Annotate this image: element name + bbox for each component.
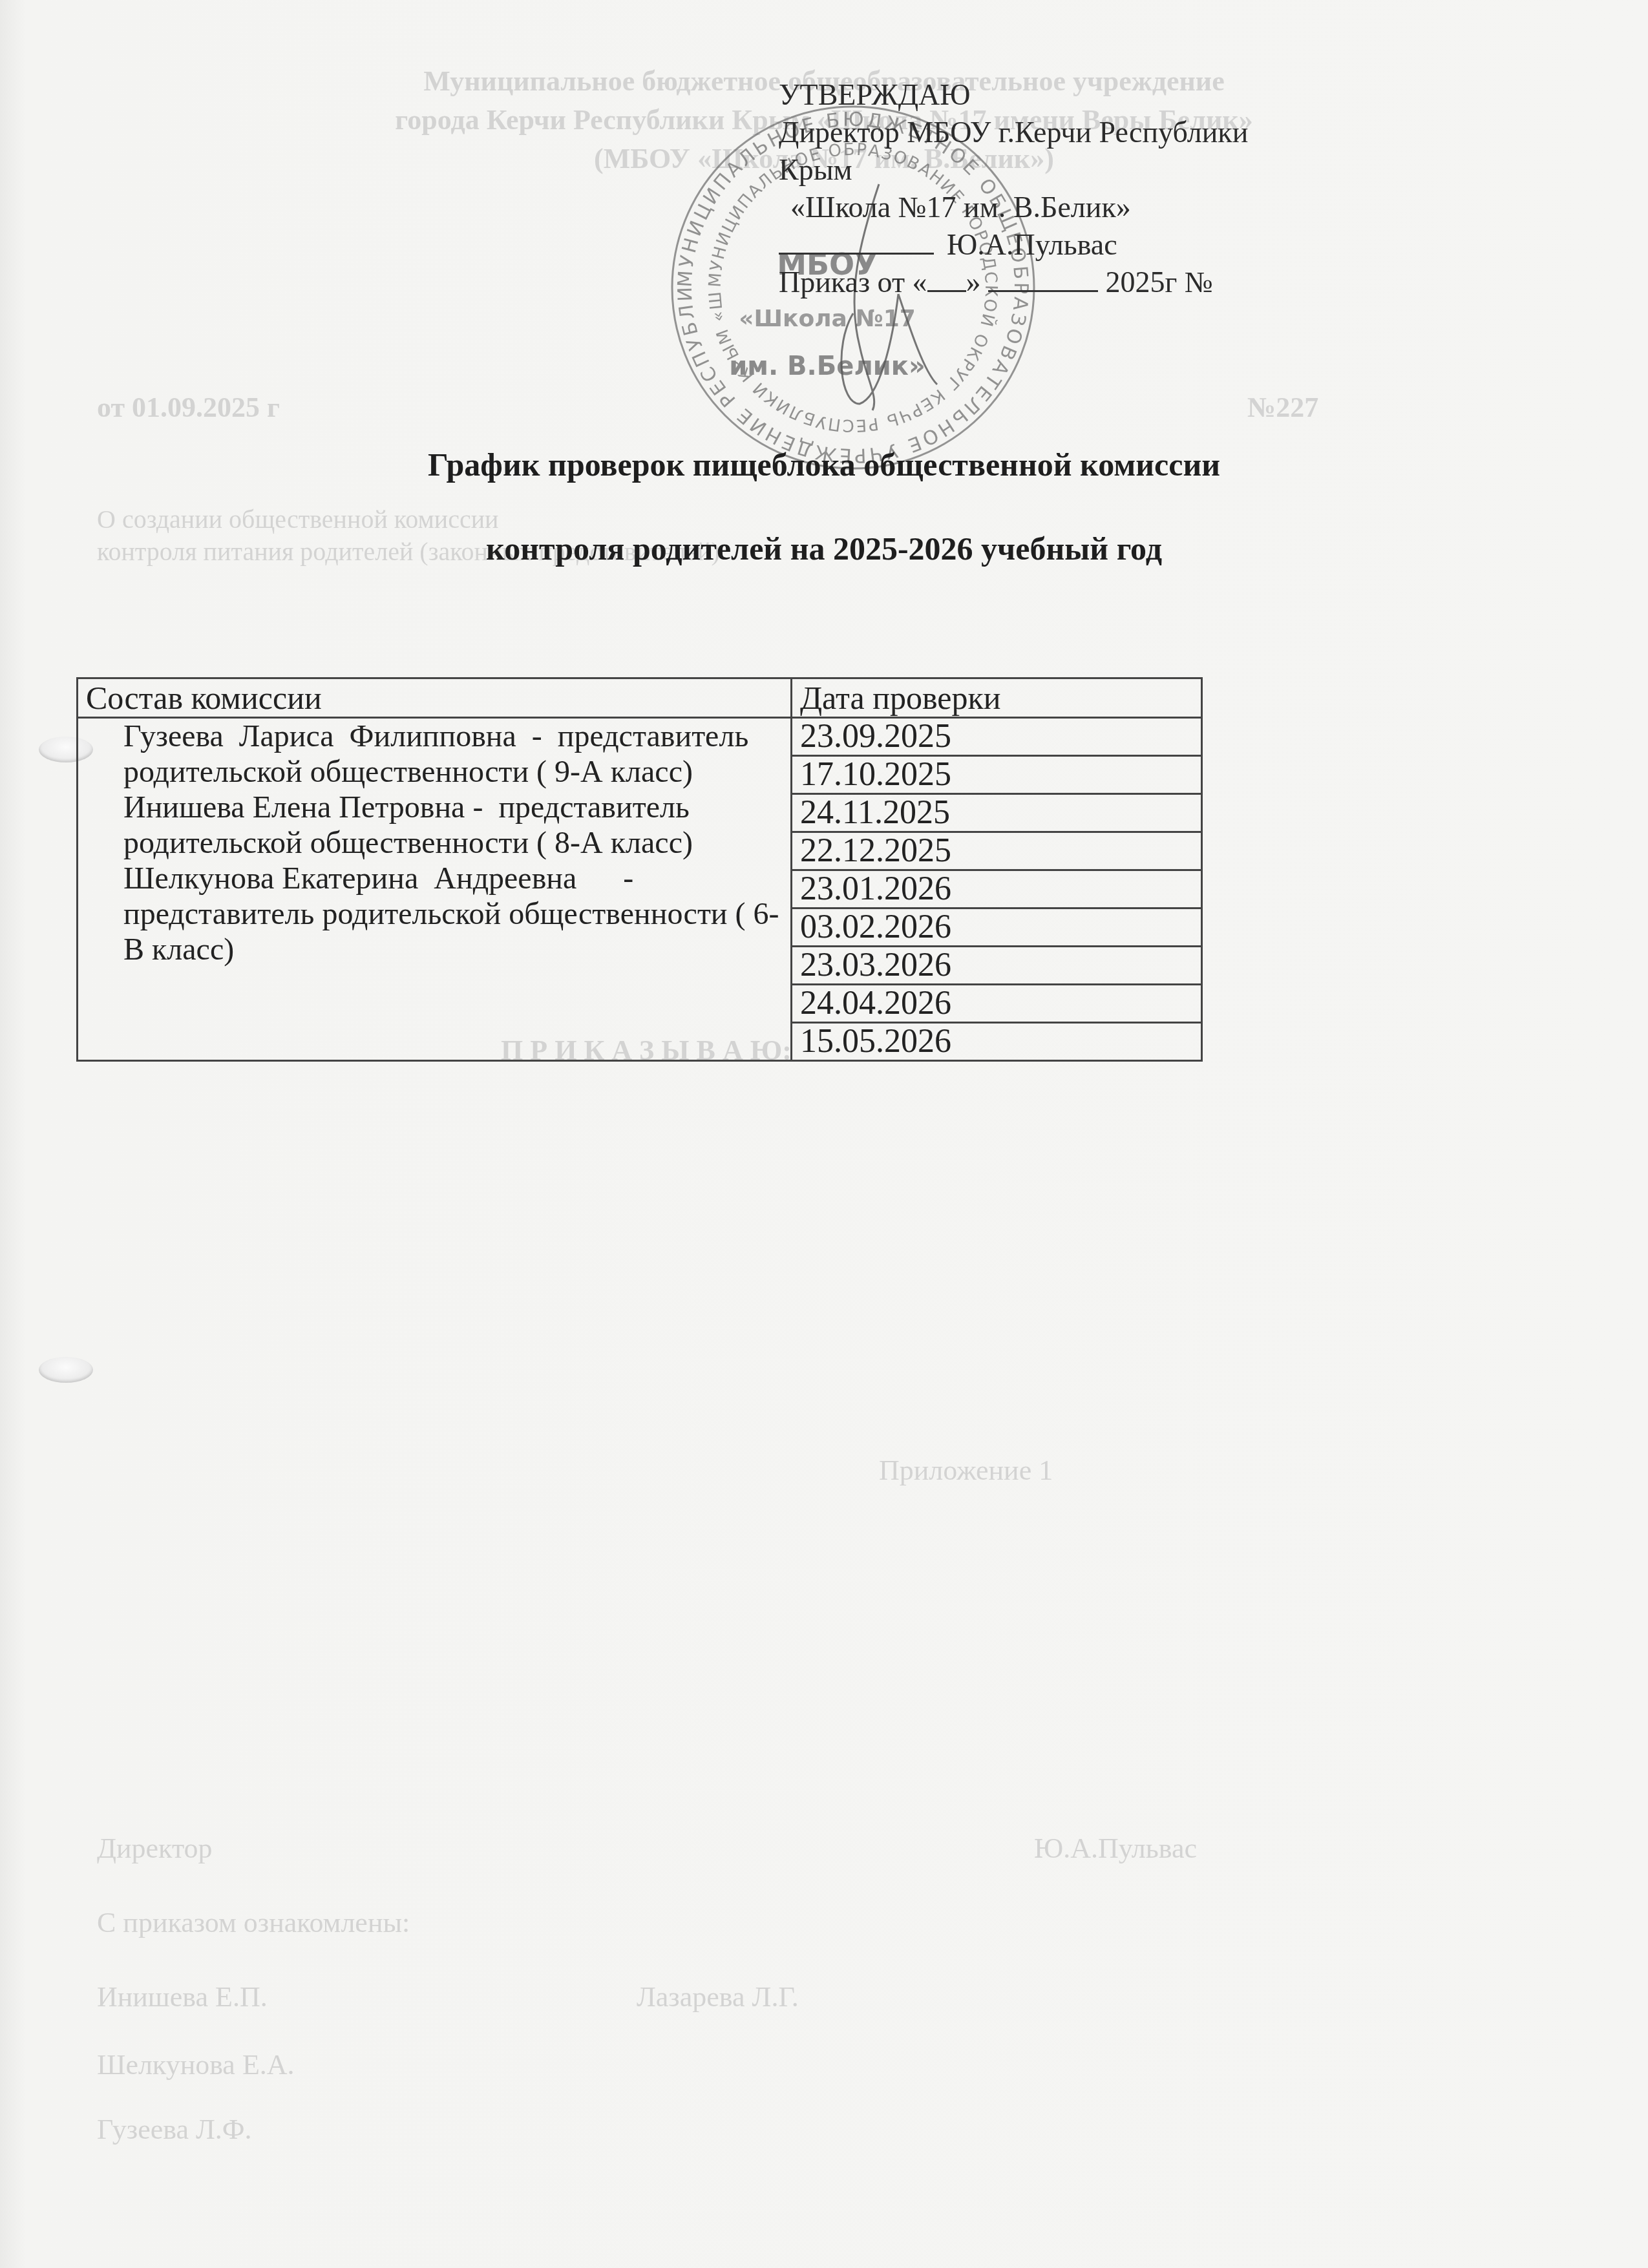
approval-position-line-1: Директор МБОУ г.Керчи Республики [779, 114, 1248, 151]
header-date: Дата проверки [792, 678, 1202, 718]
commission-members-cell: Гузеева Лариса Филипповна - представител… [78, 718, 792, 1061]
date-cell: 15.05.2026 [792, 1023, 1202, 1061]
approval-order-row: Приказ от «» 2025г № [779, 264, 1248, 301]
document-title-line-2: контроля родителей на 2025-2026 учебный … [0, 530, 1648, 567]
member-guzeeva: Гузеева Лариса Филипповна - представител… [123, 719, 790, 790]
order-month-blank [988, 290, 1098, 292]
approval-heading: УТВЕРЖДАЮ [779, 76, 1248, 114]
ghost-number: №227 [1247, 391, 1318, 424]
signature-line [779, 253, 934, 255]
date-cell: 23.03.2026 [792, 947, 1202, 985]
ghost-sig-1: Инишева Е.П. [97, 1980, 268, 2013]
stamp-center-line-3: им. В.Белик» [729, 352, 925, 381]
ghost-acquainted: С приказом ознакомлены: [97, 1906, 410, 1939]
ghost-director: Директор [97, 1832, 213, 1865]
approval-signature-row: Ю.А.Пульвас [779, 226, 1248, 264]
date-cell: 24.11.2025 [792, 794, 1202, 832]
date-cell: 24.04.2026 [792, 985, 1202, 1023]
approval-signatory: Ю.А.Пульвас [947, 228, 1117, 261]
ghost-date: от 01.09.2025 г [97, 391, 280, 424]
ghost-sig-4: Гузеева Л.Ф. [97, 2113, 252, 2146]
date-cell: 03.02.2026 [792, 908, 1202, 947]
table-row: Гузеева Лариса Филипповна - представител… [78, 718, 1202, 756]
approval-school: «Школа №17 им. В.Белик» [779, 189, 1248, 226]
header-commission: Состав комиссии [78, 678, 792, 718]
ghost-sig-2: Лазарева Л.Г. [637, 1980, 799, 2013]
date-cell: 17.10.2025 [792, 756, 1202, 794]
member-shelkunova: Шелкунова Екатерина Андреевна - представ… [123, 861, 790, 967]
member-inisheva: Инишева Елена Петровна - представитель р… [123, 790, 790, 861]
date-cell: 23.09.2025 [792, 718, 1202, 756]
ghost-director-name: Ю.А.Пульвас [1034, 1832, 1197, 1865]
order-day-blank [927, 290, 966, 292]
order-prefix: Приказ от « [779, 266, 927, 299]
date-cell: 23.01.2026 [792, 870, 1202, 908]
order-suffix: 2025г № [1106, 266, 1213, 299]
ghost-sig-3: Шелкунова Е.А. [97, 2048, 295, 2081]
document-title-line-1: График проверок пищеблока общественной к… [0, 446, 1648, 483]
ghost-appendix: Приложение 1 [879, 1454, 1053, 1487]
table-header-row: Состав комиссии Дата проверки [78, 678, 1202, 718]
approval-block: УТВЕРЖДАЮ Директор МБОУ г.Керчи Республи… [779, 76, 1248, 301]
order-mid: » [966, 266, 981, 299]
approval-position-line-2: Крым [779, 151, 1248, 189]
date-cell: 22.12.2025 [792, 832, 1202, 870]
punch-hole-bottom [39, 1357, 93, 1383]
stamp-center-line-2: «Школа №17 [739, 306, 916, 332]
inspection-schedule-table: Состав комиссии Дата проверки Гузеева Ла… [76, 677, 1203, 1062]
